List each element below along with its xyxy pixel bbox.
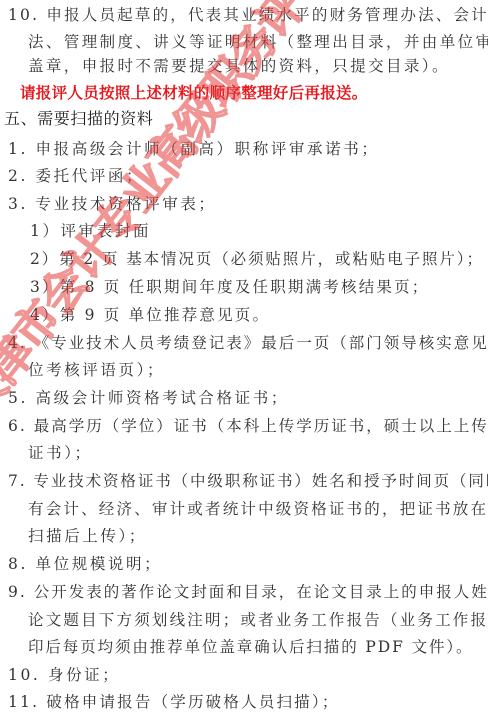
list-item-7-line-1: 7. 专业技术资格证书（中级职称证书）姓名和授予时间页（同时持 — [8, 471, 488, 491]
list-subitem-3-3: 3）第 8 页 任职期间年度及任职期满考核结果页； — [30, 277, 430, 297]
list-item-7-line-3: 扫描后上传）； — [28, 526, 147, 546]
list-item-3: 3. 专业技术资格评审表； — [8, 194, 217, 214]
list-item-6-line-2: 证书）； — [28, 443, 93, 463]
red-instruction-note: 请报评人员按照上述材料的顺序整理好后再报送。 — [20, 83, 368, 103]
list-item-9-line-1: 9. 公开发表的著作论文封面和目录，在论文目录上的申报人姓名和 — [8, 582, 488, 602]
list-subitem-3-1: 1）评审表封面 — [30, 221, 151, 241]
list-item-11: 11. 破格申请报告（学历破格人员扫描）； — [8, 692, 340, 712]
list-item-6-line-1: 6. 最高学历（学位）证书（本科上传学历证书，硕士以上上传学位 — [8, 416, 488, 436]
list-item-4-line-1: 4. 《专业技术人员考绩登记表》最后一页（部门领导核实意见及单 — [8, 333, 488, 353]
list-item-4-line-2: 位考核评语页）； — [28, 360, 165, 380]
prev-item-10-line-2: 法、管理制度、讲义等证明材料（整理出目录，并由单位审核后 — [28, 32, 488, 52]
list-item-10: 10. 身份证； — [8, 665, 120, 685]
list-item-8: 8. 单位规模说明； — [8, 554, 162, 574]
list-item-2: 2. 委托代评函； — [8, 166, 144, 186]
document-page: 10. 申报人员起草的，代表其业绩水平的财务管理办法、会计核算方 法、管理制度、… — [0, 0, 488, 715]
list-item-9-line-2: 论文题目下方须划线注明；或者业务工作报告（业务工作报告打 — [28, 610, 488, 630]
list-item-1: 1. 申报高级会计师（副高）职称评审承诺书； — [8, 139, 379, 159]
prev-item-10-line-3: 盖章，申报时不需要提交具体的资料，只提交目录）。 — [28, 56, 450, 76]
list-subitem-3-4: 4）第 9 页 单位推荐意见页。 — [30, 305, 270, 325]
list-subitem-3-2: 2）第 2 页 基本情况页（必须贴照片，或粘贴电子照片）； — [30, 249, 484, 269]
list-item-7-line-2: 有会计、经济、审计或者统计中级资格证书的，把证书放在一起 — [28, 499, 488, 519]
prev-item-10-line-1: 10. 申报人员起草的，代表其业绩水平的财务管理办法、会计核算方 — [8, 5, 488, 25]
list-item-5: 5. 高级会计师资格考试合格证书； — [8, 388, 289, 408]
section-heading: 五、需要扫描的资料 — [4, 109, 153, 129]
list-item-9-line-3: 印后每页均须由推荐单位盖章确认后扫描的 PDF 文件）。 — [28, 637, 473, 657]
